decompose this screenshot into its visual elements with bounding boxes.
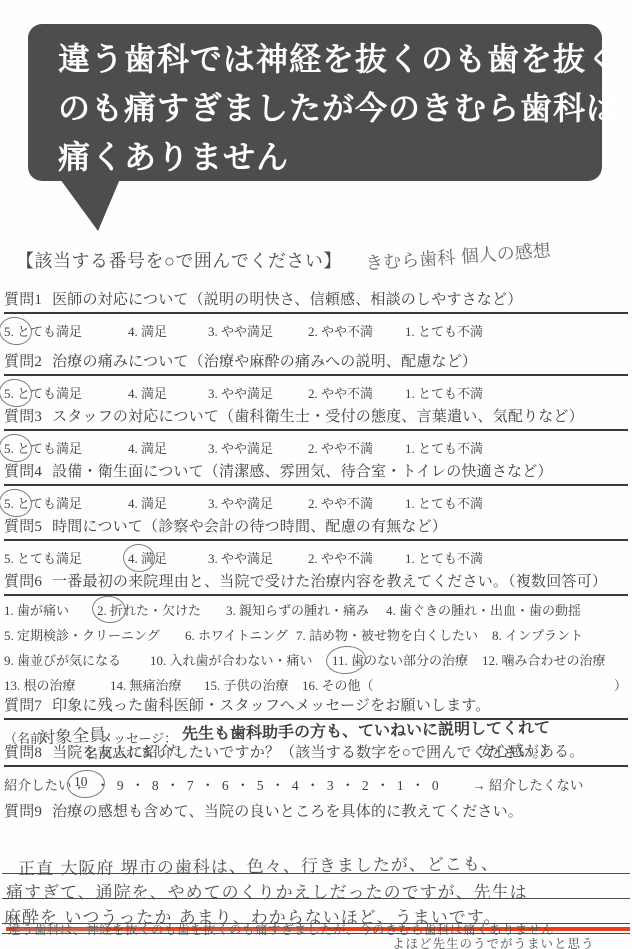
question-text: 治療の感想も含めて、当院の良いところを具体的に教えてください。	[52, 804, 523, 820]
handwritten-comment-line: よほど先生のうでがうまいと思う	[392, 934, 595, 949]
question-5-title: 質問5時間について（診察や会計の待つ時間、配慮の有無など）	[4, 515, 628, 541]
option: 13. 根の治療	[4, 675, 76, 694]
scale-numbers: ・ 9 ・ 8 ・ 7 ・ 6 ・ 5 ・ 4 ・ 3 ・ 2 ・ 1 ・ 0	[96, 774, 441, 794]
question-5: 質問5時間について（診察や会計の待つ時間、配慮の有無など） 5. とても満足 4…	[4, 515, 628, 568]
question-text: 医師の対応について（説明の明快さ、信頼感、相談のしやすさなど）	[52, 292, 522, 308]
option-close-paren: ）	[614, 675, 627, 694]
question-text: 一番最初の来院理由と、当院で受けた治療内容を教えてください。（複数回答可）	[52, 574, 607, 590]
option: 3. やや満足	[208, 438, 273, 457]
question-label: 質問7	[4, 698, 42, 714]
question-3-title: 質問3スタッフの対応について（歯科衛生士・受付の態度、言葉遣い、気配りなど）	[4, 405, 628, 431]
question-text: 印象に残った歯科医師・スタッフへメッセージをお願いします。	[52, 698, 490, 714]
option: 12. 噛み合わせの治療	[482, 650, 606, 669]
question-4-title: 質問4設備・衛生面について（清潔感、雰囲気、待合室・トイレの快適さなど）	[4, 460, 628, 486]
option: 8. インプラント	[492, 625, 583, 644]
survey-scan-page: 違う歯科では神経を抜くのも歯を抜く のも痛すぎましたが今のきむら歯科は 痛くあり…	[0, 0, 632, 949]
option: 2. やや不満	[308, 383, 373, 402]
option: 7. 詰め物・被せ物を白くしたい	[296, 625, 478, 644]
question-label: 質問1	[4, 292, 42, 308]
speech-bubble-tail	[60, 179, 120, 231]
question-2-options: 5. とても満足 4. 満足 3. やや満足 2. やや不満 1. とても不満	[4, 383, 628, 403]
question-2-title: 質問2治療の痛みについて（治療や麻酔の痛みへの説明、配慮など）	[4, 350, 628, 376]
option: 5. 定期検診・クリーニング	[4, 625, 160, 644]
bubble-text-line: 違う歯科では神経を抜くのも歯を抜く	[58, 35, 602, 84]
option: 16. その他（	[302, 675, 374, 694]
option: 3. 親知らずの腫れ・痛み	[226, 600, 369, 619]
option: 14. 無痛治療	[110, 675, 182, 694]
option: 3. やや満足	[208, 383, 273, 402]
option: 10. 入れ歯が合わない・痛い	[150, 650, 313, 669]
option: 2. やや不満	[308, 548, 373, 567]
option: 3. やや満足	[208, 548, 273, 567]
question-6-row-2: 5. 定期検診・クリーニング 6. ホワイトニング 7. 詰め物・被せ物を白くし…	[4, 621, 628, 646]
question-label: 質問5	[4, 519, 42, 535]
option: 2. やや不満	[308, 438, 373, 457]
question-text: 設備・衛生面について（清潔感、雰囲気、待合室・トイレの快適さなど）	[52, 464, 553, 480]
question-9: 質問9治療の感想も含めて、当院の良いところを具体的に教えてください。 正直 大阪…	[4, 800, 628, 946]
handwritten-header-note: きむら歯科 個人の感想	[364, 237, 551, 276]
question-label: 質問9	[4, 804, 42, 820]
question-text: 当院を友人に紹介したいですか？（該当する数字を○で囲んでください。）	[52, 745, 555, 761]
question-2: 質問2治療の痛みについて（治療や麻酔の痛みへの説明、配慮など） 5. とても満足…	[4, 350, 628, 403]
option: 3. やや満足	[208, 321, 273, 340]
question-6: 質問6一番最初の来院理由と、当院で受けた治療内容を教えてください。（複数回答可）…	[4, 570, 628, 696]
cutoff-next-line-fragment	[210, 928, 320, 932]
option: 5. とても満足	[4, 548, 82, 567]
option: 9. 歯並びが気になる	[4, 650, 121, 669]
question-text: スタッフの対応について（歯科衛生士・受付の態度、言葉遣い、気配りなど）	[52, 409, 584, 425]
option: 4. 満足	[128, 438, 167, 457]
option: 1. とても不満	[405, 321, 483, 340]
option: 1. とても不満	[405, 493, 483, 512]
option: 1. とても不満	[405, 438, 483, 457]
question-label: 質問6	[4, 574, 42, 590]
question-8: 質問8当院を友人に紹介したいですか？（該当する数字を○で囲んでください。） 紹介…	[4, 741, 628, 796]
option: 4. 満足	[128, 493, 167, 512]
question-label: 質問8	[4, 745, 42, 761]
question-9-title: 質問9治療の感想も含めて、当院の良いところを具体的に教えてください。	[4, 800, 628, 824]
option: 3. やや満足	[208, 493, 273, 512]
question-6-row-4: 13. 根の治療 14. 無痛治療 15. 子供の治療 16. その他（ ）	[4, 671, 628, 696]
option: 1. 歯が痛い	[4, 600, 69, 619]
option: 15. 子供の治療	[204, 675, 289, 694]
question-8-title: 質問8当院を友人に紹介したいですか？（該当する数字を○で囲んでください。）	[4, 741, 628, 767]
question-4: 質問4設備・衛生面について（清潔感、雰囲気、待合室・トイレの快適さなど） 5. …	[4, 460, 628, 513]
option: 1. とても不満	[405, 548, 483, 567]
question-label: 質問3	[4, 409, 42, 425]
question-3-options: 5. とても満足 4. 満足 3. やや満足 2. やや不満 1. とても不満	[4, 438, 628, 458]
testimonial-speech-bubble: 違う歯科では神経を抜くのも歯を抜く のも痛すぎましたが今のきむら歯科は 痛くあり…	[28, 24, 602, 181]
option: 1. とても不満	[405, 383, 483, 402]
recommend-scale-row: 紹介したい ← 10 ・ 9 ・ 8 ・ 7 ・ 6 ・ 5 ・ 4 ・ 3 ・…	[4, 774, 628, 796]
question-6-row-3: 9. 歯並びが気になる 10. 入れ歯が合わない・痛い 11. 歯のない部分の治…	[4, 646, 628, 671]
question-label: 質問2	[4, 354, 42, 370]
option: 4. 満足	[128, 321, 167, 340]
question-text: 時間について（診察や会計の待つ時間、配慮の有無など）	[52, 519, 447, 535]
bubble-text-line: のも痛すぎましたが今のきむら歯科は	[58, 84, 602, 133]
handwritten-comment-line: 痛すぎて、通院を、やめてのくりかえしだったのですが、先生は	[6, 878, 528, 903]
bubble-text-line: 痛くありません	[58, 133, 602, 182]
cutoff-next-line-fragment	[15, 928, 105, 932]
option: 6. ホワイトニング	[185, 625, 288, 644]
option: 2. やや不満	[308, 321, 373, 340]
question-3: 質問3スタッフの対応について（歯科衛生士・受付の態度、言葉遣い、気配りなど） 5…	[4, 405, 628, 458]
handwritten-comment-line: 正直 大阪府 堺市の歯科は、色々、行きましたが、どこも、	[18, 849, 499, 879]
question-1-title: 質問1医師の対応について（説明の明快さ、信頼感、相談のしやすさなど）	[4, 288, 628, 314]
form-header: 【該当する番号を○で囲んでください】	[16, 247, 342, 273]
question-1-options: 5. とても満足 4. 満足 3. やや満足 2. やや不満 1. とても不満	[4, 321, 628, 341]
question-5-options: 5. とても満足 4. 満足 3. やや満足 2. やや不満 1. とても不満	[4, 548, 628, 568]
option: 4. 歯ぐきの腫れ・出血・歯の動揺	[386, 600, 581, 619]
question-6-title: 質問6一番最初の来院理由と、当院で受けた治療内容を教えてください。（複数回答可）	[4, 570, 628, 596]
cutoff-next-line-fragment	[120, 929, 190, 933]
scale-right-label: → 紹介したくない	[472, 774, 583, 794]
option: 2. やや不満	[308, 493, 373, 512]
question-6-row-1: 1. 歯が痛い 2. 折れた・欠けた 3. 親知らずの腫れ・痛み 4. 歯ぐきの…	[4, 596, 628, 621]
question-label: 質問4	[4, 464, 42, 480]
question-text: 治療の痛みについて（治療や麻酔の痛みへの説明、配慮など）	[52, 354, 477, 370]
circled-answer-mark	[66, 769, 106, 800]
option: 4. 満足	[128, 383, 167, 402]
circled-answer-mark	[0, 314, 34, 347]
question-4-options: 5. とても満足 4. 満足 3. やや満足 2. やや不満 1. とても不満	[4, 493, 628, 513]
question-1: 質問1医師の対応について（説明の明快さ、信頼感、相談のしやすさなど） 5. とて…	[4, 288, 628, 341]
